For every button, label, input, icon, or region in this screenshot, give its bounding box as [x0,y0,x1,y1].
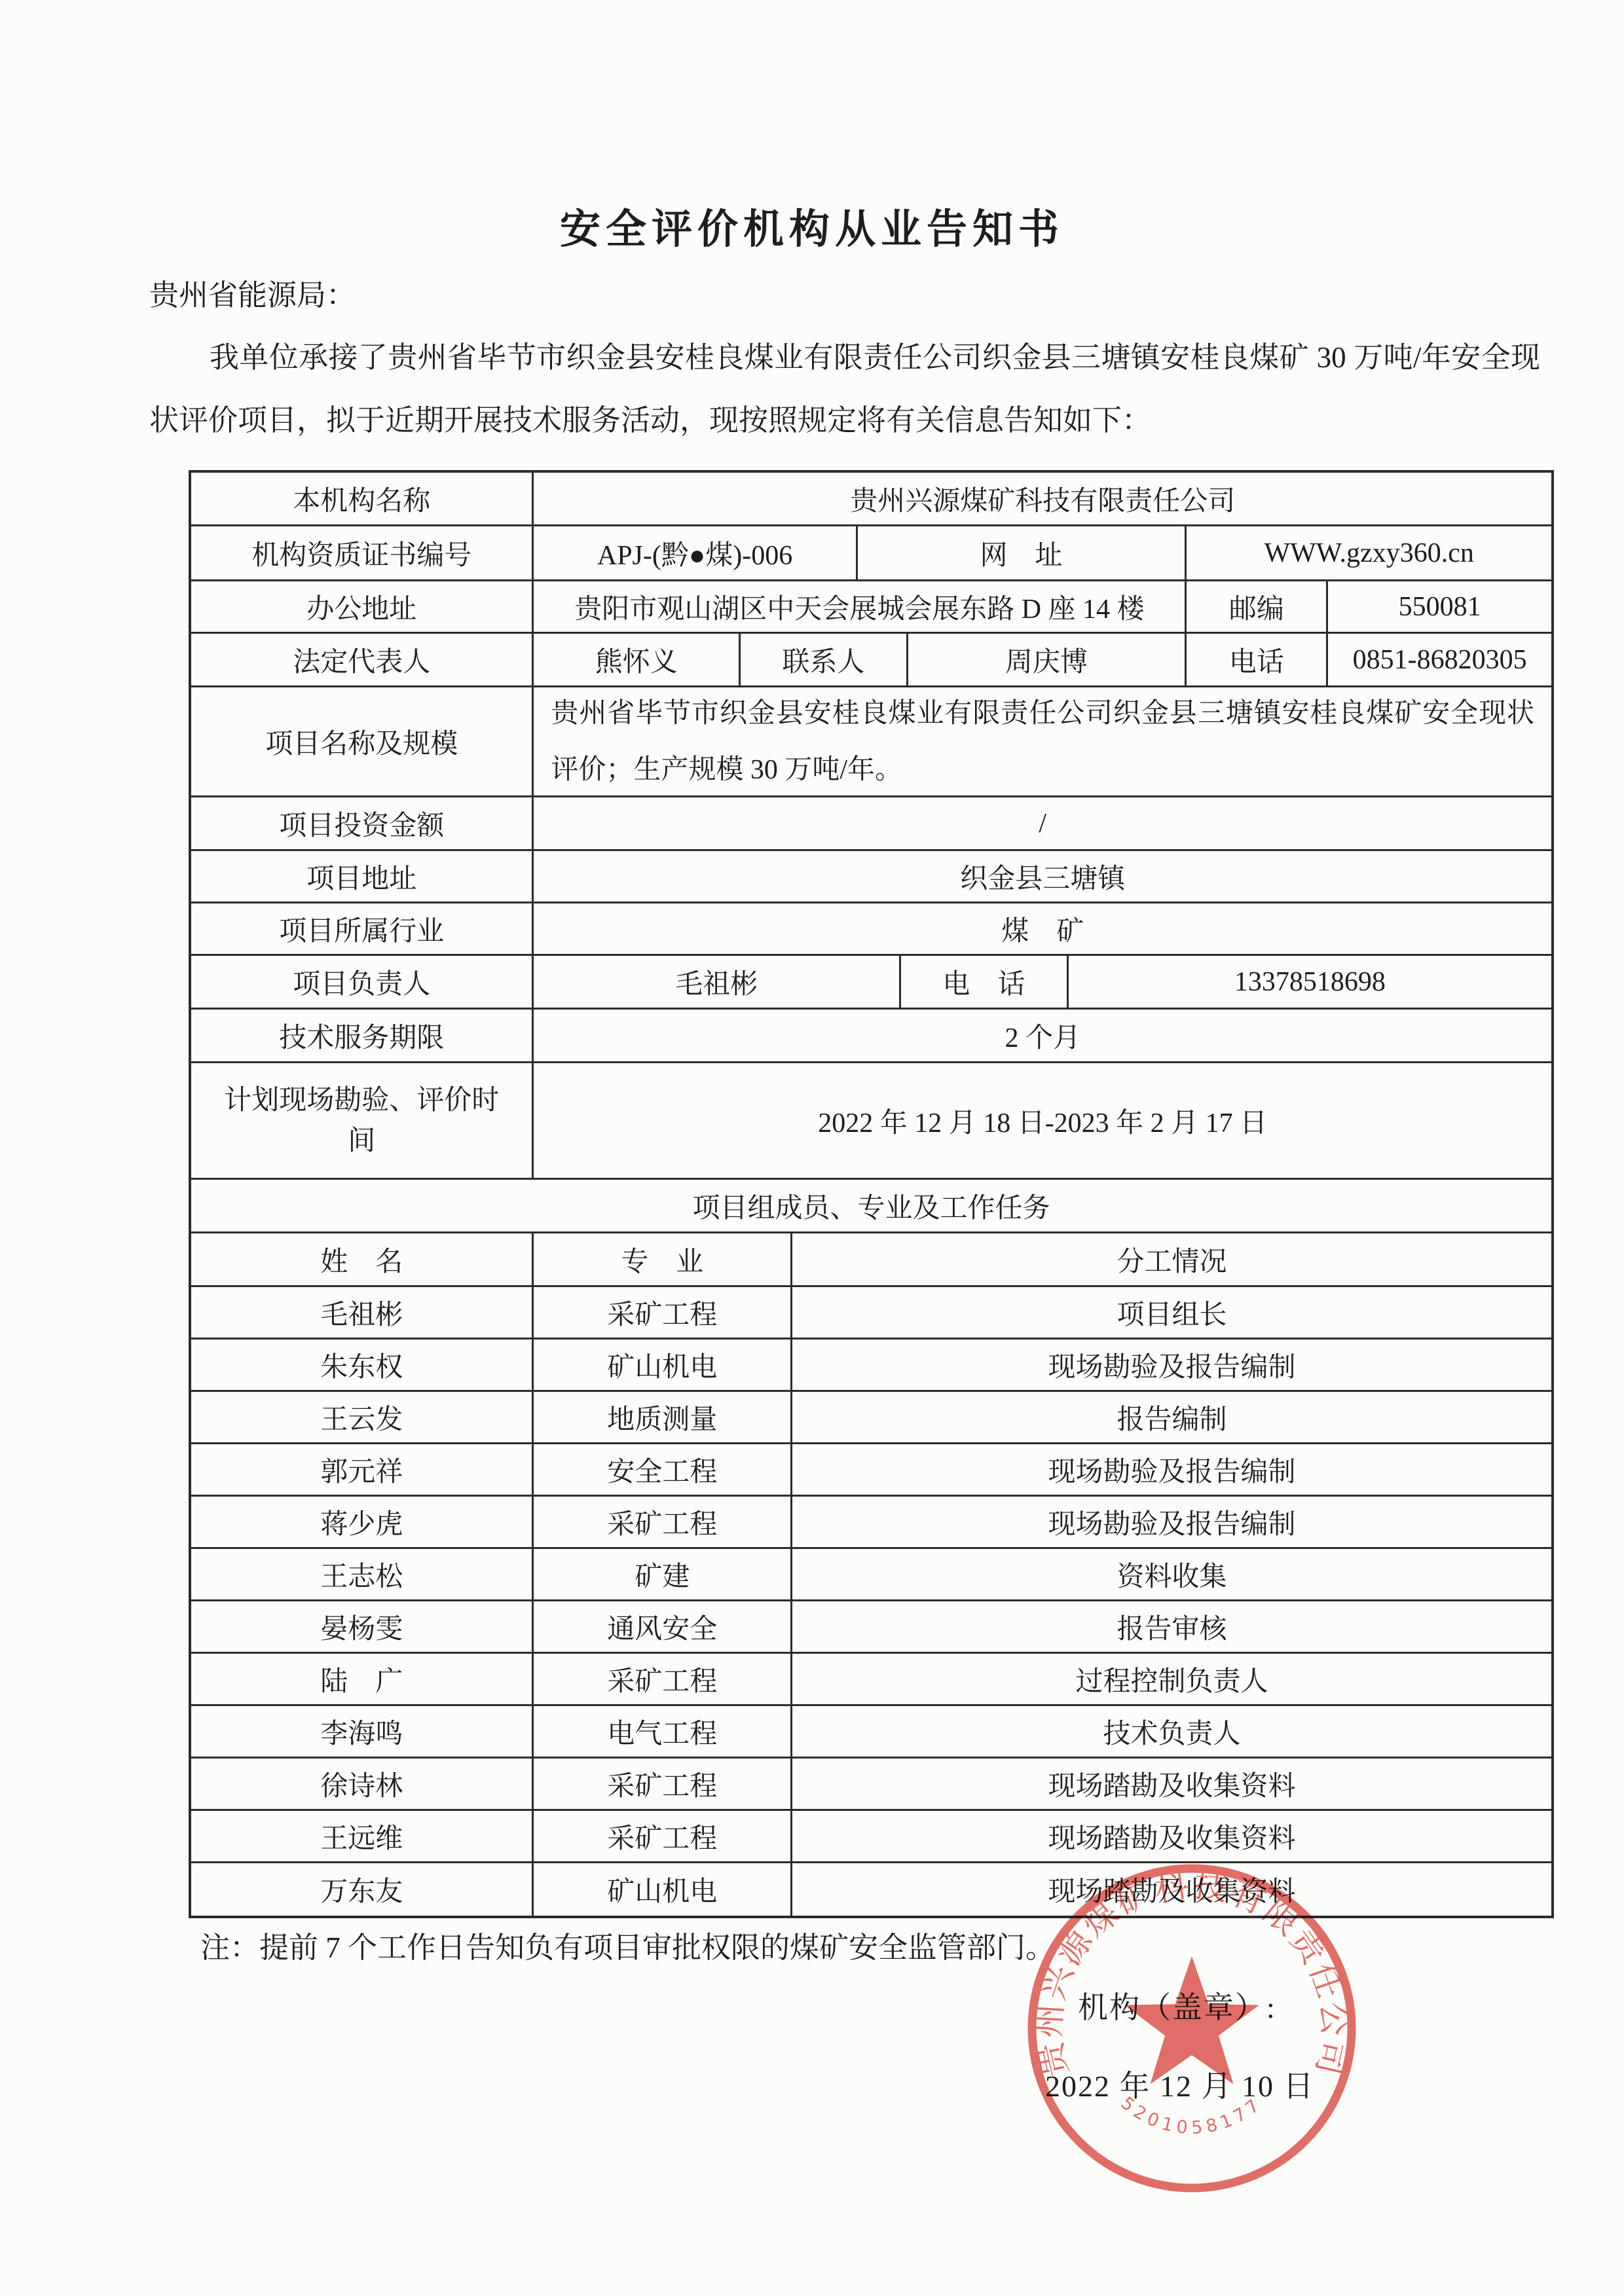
members-section-header: 项目组成员、专业及工作任务 [191,1180,1551,1233]
cert-label: 机构资质证书编号 [191,526,534,579]
table-row: 朱东权 矿山机电 现场勘验及报告编制 [191,1339,1551,1392]
legal-label: 法定代表人 [191,634,534,685]
member-duty: 报告编制 [792,1392,1551,1442]
members-title: 项目组成员、专业及工作任务 [191,1180,1551,1231]
phone-label: 电话 [1187,634,1328,685]
table-row: 毛祖彬 采矿工程 项目组长 [191,1287,1551,1339]
duration-value: 2 个月 [534,1010,1551,1061]
member-major: 采矿工程 [534,1758,792,1809]
project-value: 贵州省毕节市织金县安桂良煤业有限责任公司织金县三塘镇安桂良煤矿安全现状评价；生产… [534,687,1551,795]
member-major: 采矿工程 [534,1654,792,1704]
table-row: 技术服务期限 2 个月 [191,1010,1551,1063]
website-value: WWW.gzxy360.cn [1187,526,1551,579]
industry-value: 煤 矿 [534,903,1551,954]
zip-value: 550081 [1328,581,1551,632]
invest-label: 项目投资金额 [191,797,534,849]
legal-value: 熊怀义 [534,634,741,685]
duration-label: 技术服务期限 [191,1010,534,1061]
issue-date: 2022 年 12 月 10 日 [1045,2062,1315,2105]
member-name: 王志松 [191,1549,534,1599]
table-row: 项目负责人 毛祖彬 电 话 13378518698 [191,956,1551,1010]
contact-label: 联系人 [741,634,908,685]
table-row: 项目名称及规模 贵州省毕节市织金县安桂良煤业有限责任公司织金县三塘镇安桂良煤矿安… [191,687,1551,797]
table-row: 本机构名称 贵州兴源煤矿科技有限责任公司 [191,473,1551,526]
leader-label: 项目负责人 [191,956,534,1008]
table-row: 李海鸣 电气工程 技术负责人 [191,1706,1551,1758]
table-row: 办公地址 贵阳市观山湖区中天会展城会展东路 D 座 14 楼 邮编 550081 [191,581,1551,634]
member-name: 蒋少虎 [191,1497,534,1547]
member-major: 安全工程 [534,1444,792,1495]
project-addr-value: 织金县三塘镇 [534,851,1551,902]
zip-label: 邮编 [1187,581,1328,632]
members-column-header: 姓 名 专 业 分工情况 [191,1233,1551,1287]
org-name-value: 贵州兴源煤矿科技有限责任公司 [534,473,1551,524]
industry-label: 项目所属行业 [191,903,534,954]
office-value: 贵阳市观山湖区中天会展城会展东路 D 座 14 楼 [534,581,1187,632]
member-name: 郭元祥 [191,1444,534,1495]
table-row: 郭元祥 安全工程 现场勘验及报告编制 [191,1444,1551,1497]
table-row: 法定代表人 熊怀义 联系人 周庆博 电话 0851-86820305 [191,634,1551,687]
col-major-header: 专 业 [534,1233,792,1285]
member-duty: 现场踏勘及收集资料 [792,1811,1551,1861]
table-row: 蒋少虎 采矿工程 现场勘验及报告编制 [191,1497,1551,1549]
member-name: 李海鸣 [191,1706,534,1757]
member-duty: 现场勘验及报告编制 [792,1497,1551,1547]
info-table: 本机构名称 贵州兴源煤矿科技有限责任公司 机构资质证书编号 APJ-(黔●煤)-… [189,470,1554,1918]
table-row: 机构资质证书编号 APJ-(黔●煤)-006 网 址 WWW.gzxy360.c… [191,526,1551,581]
website-label: 网 址 [858,526,1187,579]
leader-value: 毛祖彬 [534,956,901,1008]
table-row: 项目所属行业 煤 矿 [191,903,1551,956]
member-major: 地质测量 [534,1392,792,1442]
member-name: 毛祖彬 [191,1287,534,1338]
leader-phone-label: 电 话 [901,956,1068,1008]
document-page: 安全评价机构从业告知书 贵州省能源局： 我单位承接了贵州省毕节市织金县安桂良煤业… [0,0,1624,2296]
table-row: 计划现场勘验、评价时间 2022 年 12 月 18 日-2023 年 2 月 … [191,1063,1551,1180]
member-major: 采矿工程 [534,1497,792,1547]
table-row: 陆 广 采矿工程 过程控制负责人 [191,1654,1551,1706]
member-duty: 现场勘验及报告编制 [792,1339,1551,1390]
member-major: 矿建 [534,1549,792,1599]
member-major: 矿山机电 [534,1863,792,1916]
office-label: 办公地址 [191,581,534,632]
table-row: 万东友 矿山机电 现场踏勘及收集资料 [191,1863,1551,1916]
member-name: 徐诗林 [191,1758,534,1809]
table-row: 王云发 地质测量 报告编制 [191,1392,1551,1444]
table-row: 晏杨雯 通风安全 报告审核 [191,1601,1551,1654]
note-line: 注：提前 7 个工作日告知负有项目审批权限的煤矿安全监管部门。 [200,1923,1055,1966]
member-duty: 现场踏勘及收集资料 [792,1863,1551,1916]
intro-paragraph: 我单位承接了贵州省毕节市织金县安桂良煤业有限责任公司织金县三塘镇安桂良煤矿 30… [149,326,1540,452]
phone-value: 0851-86820305 [1328,634,1551,685]
member-duty: 过程控制负责人 [792,1654,1551,1704]
member-duty: 资料收集 [792,1549,1551,1599]
member-major: 通风安全 [534,1601,792,1652]
invest-value: / [534,797,1551,849]
member-major: 采矿工程 [534,1811,792,1861]
contact-value: 周庆博 [908,634,1187,685]
recipient-line: 贵州省能源局： [149,271,356,314]
member-duty: 项目组长 [792,1287,1551,1338]
member-major: 采矿工程 [534,1287,792,1338]
table-row: 项目地址 织金县三塘镇 [191,851,1551,903]
page-title: 安全评价机构从业告知书 [0,196,1624,255]
member-duty: 技术负责人 [792,1706,1551,1757]
col-name-header: 姓 名 [191,1233,534,1285]
member-name: 万东友 [191,1863,534,1916]
table-row: 王志松 矿建 资料收集 [191,1549,1551,1601]
seal-label: 机构（盖章）: [1078,1984,1276,2027]
member-duty: 现场踏勘及收集资料 [792,1758,1551,1809]
member-name: 晏杨雯 [191,1601,534,1652]
member-name: 王云发 [191,1392,534,1442]
member-major: 矿山机电 [534,1339,792,1390]
schedule-label: 计划现场勘验、评价时间 [191,1063,534,1178]
member-duty: 现场勘验及报告编制 [792,1444,1551,1495]
project-addr-label: 项目地址 [191,851,534,902]
col-duty-header: 分工情况 [792,1233,1551,1285]
table-row: 徐诗林 采矿工程 现场踏勘及收集资料 [191,1758,1551,1811]
member-name: 王远维 [191,1811,534,1861]
member-name: 朱东权 [191,1339,534,1390]
table-row: 项目投资金额 / [191,797,1551,851]
org-name-label: 本机构名称 [191,473,534,524]
member-duty: 报告审核 [792,1601,1551,1652]
member-name: 陆 广 [191,1654,534,1704]
schedule-value: 2022 年 12 月 18 日-2023 年 2 月 17 日 [534,1063,1551,1178]
member-major: 电气工程 [534,1706,792,1757]
project-label: 项目名称及规模 [191,687,534,795]
table-row: 王远维 采矿工程 现场踏勘及收集资料 [191,1811,1551,1863]
leader-phone-value: 13378518698 [1069,956,1551,1008]
cert-value: APJ-(黔●煤)-006 [534,526,857,579]
